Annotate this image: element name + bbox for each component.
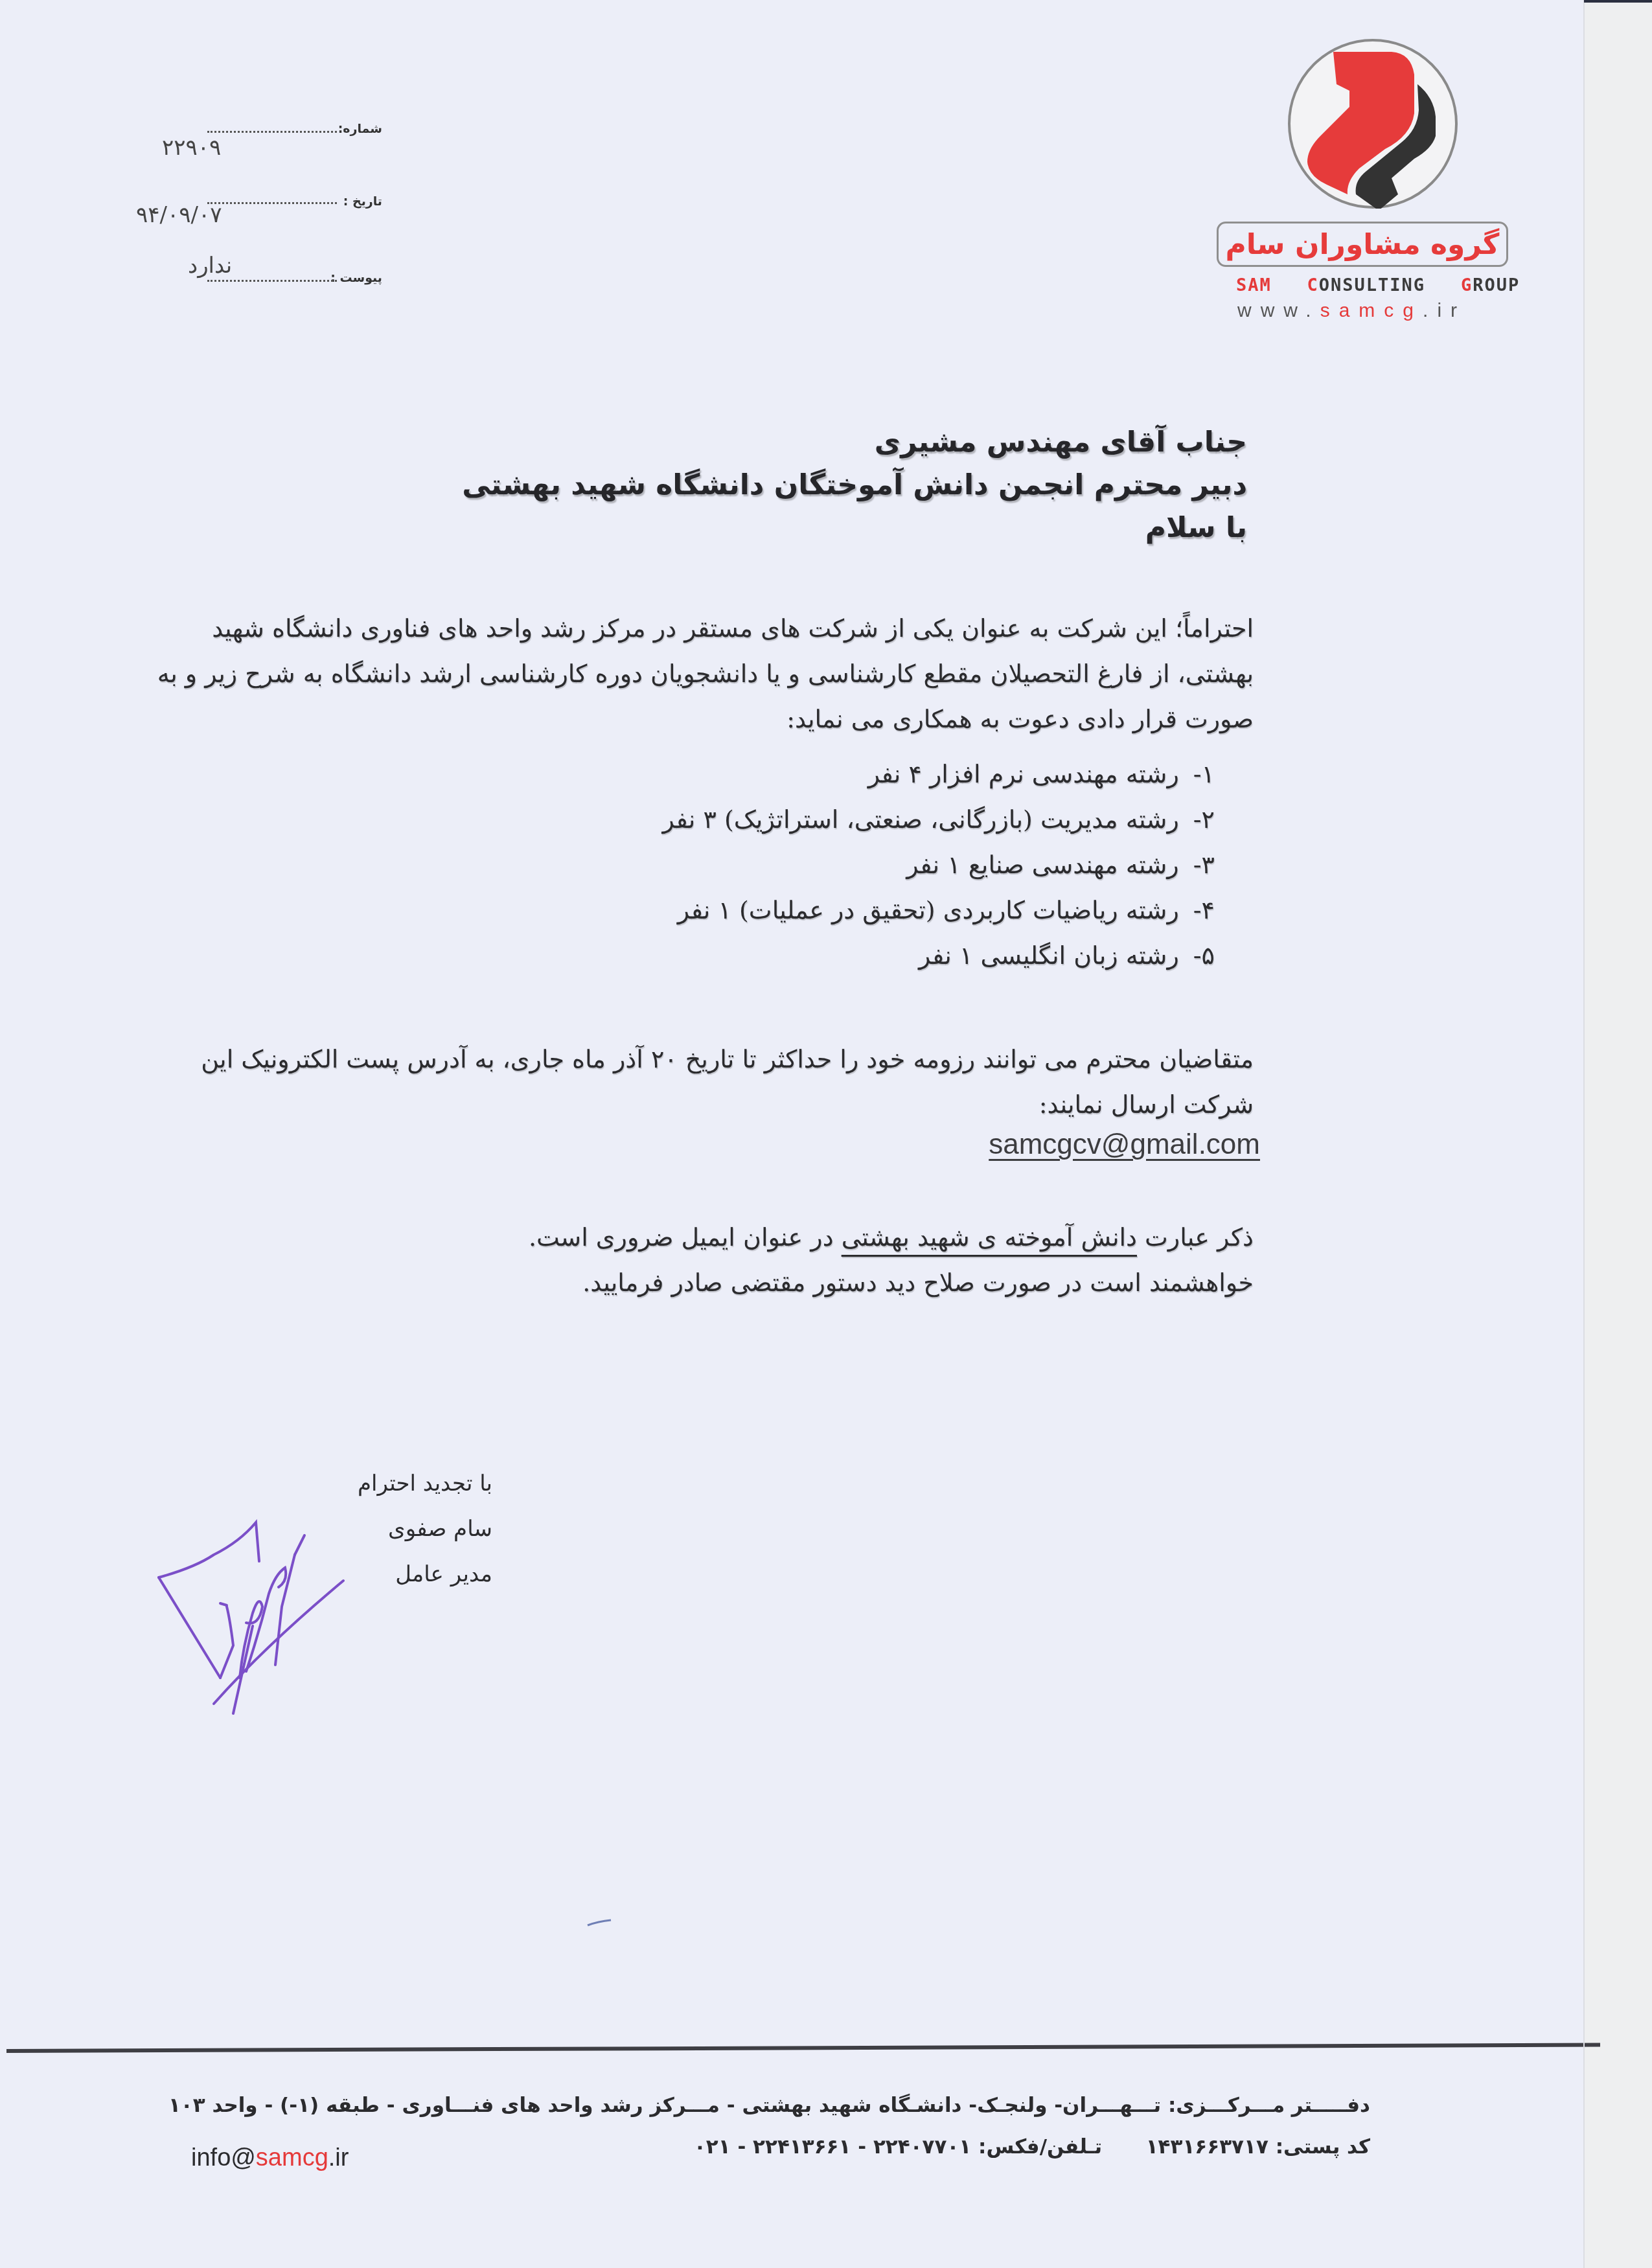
positions-list: ۱-رشته مهندسی نرم افزار ۴ نفر ۲-رشته مدی… (411, 751, 1254, 978)
phone-label: تـلفن/فکس: (978, 2135, 1102, 2159)
company-name-fa: گروه مشاوران سام (1217, 222, 1508, 267)
letter-number-row: شماره: ۲۲۹۰۹ (123, 117, 395, 188)
postal-code: ۱۴۳۱۶۶۳۷۱۷ (1146, 2135, 1268, 2159)
recipient-title: دبیر محترم انجمن دانش آموختگان دانشگاه ش… (462, 464, 1247, 507)
letter-date: ۹۴/۰۹/۰۷ (136, 202, 222, 228)
footer-address: دفـــــتر مـــرکـــزی: تـــهـــران- ولنج… (75, 2094, 1370, 2117)
logo-mark-icon (1288, 39, 1458, 209)
postal-code-label: کد پستی: (1276, 2135, 1370, 2159)
regards: با تجدید احترام (311, 1461, 492, 1506)
attachment-row: پیوست : ندارد (123, 259, 395, 330)
recipient-block: جناب آقای مهندس مشیری دبیر محترم انجمن د… (462, 421, 1247, 549)
position-item: ۵-رشته زبان انگلیسی ۱ نفر (411, 933, 1215, 978)
letter-page: گروه مشاوران سام SAM CONSULTING GROUP ww… (0, 0, 1584, 2268)
phone-numbers: ۲۲۴۰۷۷۰۱ - ۲۲۴۱۳۶۶۱ - ۰۲۱ (694, 2135, 971, 2159)
resume-email-link[interactable]: samcgcv@gmail.com (989, 1128, 1260, 1161)
attachment-dots (207, 280, 337, 282)
stray-ink-mark (586, 1919, 612, 1928)
scan-edge (1583, 0, 1585, 2268)
company-logo: گروه مشاوران سام SAM CONSULTING GROUP ww… (1211, 39, 1548, 324)
footer-divider (6, 2043, 1600, 2053)
number-label: شماره: (338, 122, 382, 136)
position-item: ۲-رشته مدیریت (بازرگانی، صنعتی، استراتژی… (411, 797, 1215, 842)
position-item: ۴-رشته ریاضیات کاربردی (تحقیق در عملیات)… (411, 888, 1215, 933)
date-label: تاریخ : (343, 194, 382, 209)
company-website: www.samcg.ir (1237, 300, 1466, 322)
attachment-label: پیوست : (330, 271, 382, 285)
date-dots (207, 202, 337, 204)
footer-contacts: کد پستی: ۱۴۳۱۶۶۳۷۱۷ تـلفن/فکس: ۲۲۴۰۷۷۰۱ … (398, 2135, 1370, 2159)
company-name-en: SAM CONSULTING GROUP (1236, 275, 1520, 295)
number-dots (207, 131, 337, 133)
recipient-name: جناب آقای مهندس مشیری (462, 421, 1247, 464)
letter-date-row: تاریخ : ۹۴/۰۹/۰۷ (123, 188, 395, 259)
intro-paragraph: احتراماً؛ این شرکت به عنوان یکی از شرکت … (152, 606, 1254, 742)
required-subject-phrase: دانش آموخته ی شهید بهشتی (842, 1223, 1137, 1252)
attachment-value: ندارد (188, 253, 232, 279)
subject-note: ذکر عبارت دانش آموخته ی شهید بهشتی در عن… (411, 1215, 1254, 1260)
position-item: ۳-رشته مهندسی صنایع ۱ نفر (411, 842, 1215, 888)
letter-number: ۲۲۹۰۹ (162, 135, 221, 161)
closing-request: خواهشمند است در صورت صلاح دید دستور مقتض… (411, 1260, 1254, 1305)
position-item: ۱-رشته مهندسی نرم افزار ۴ نفر (411, 751, 1215, 797)
footer-email-link[interactable]: info@samcg.ir (191, 2144, 349, 2172)
greeting: با سلام (462, 507, 1247, 549)
signature-icon (149, 1516, 356, 1723)
note-paragraph: ذکر عبارت دانش آموخته ی شهید بهشتی در عن… (411, 1215, 1254, 1305)
letter-meta: شماره: ۲۲۹۰۹ تاریخ : ۹۴/۰۹/۰۷ پیوست : ند… (123, 117, 395, 330)
scan-border (1584, 0, 1652, 3)
request-paragraph: متقاضیان محترم می توانند رزومه خود را حد… (152, 1037, 1254, 1127)
